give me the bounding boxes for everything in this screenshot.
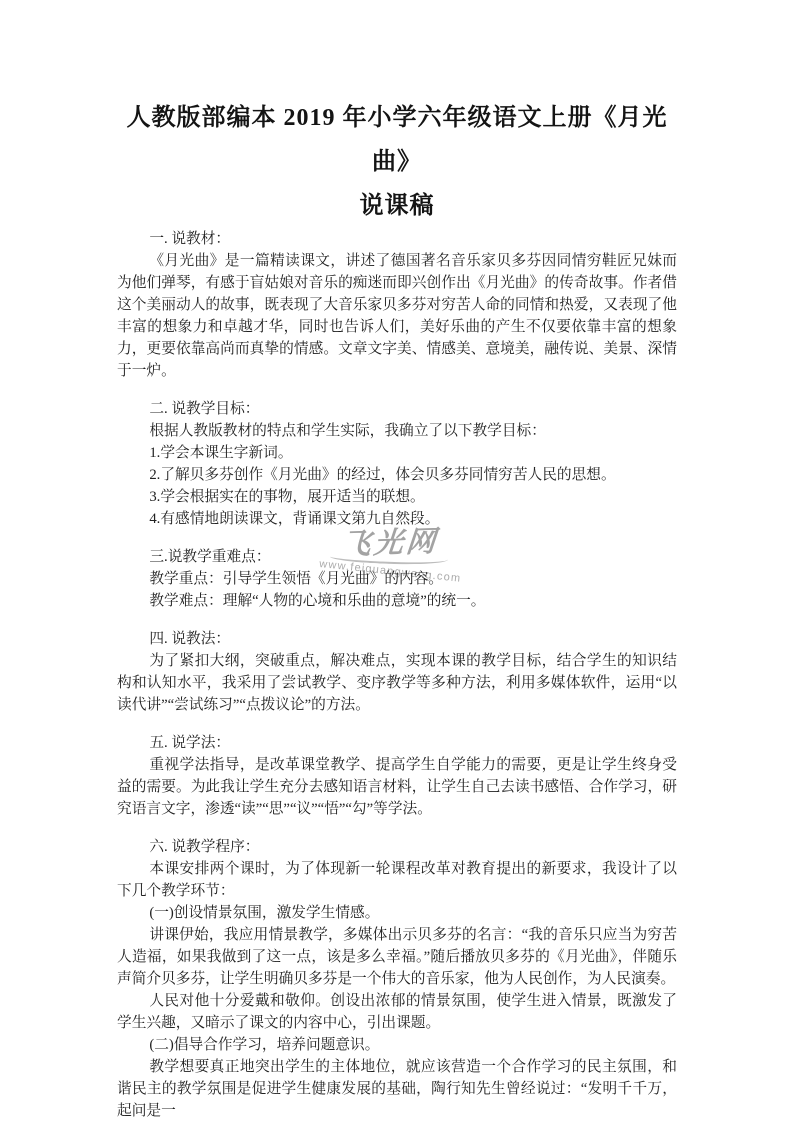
paragraph: 本课安排两个课时，为了体现新一轮课程改革对教育提出的新要求，我设计了以下几个教学… (117, 858, 677, 902)
section-jiaoxue-chengxu: 六. 说教学程序： 本课安排两个课时，为了体现新一轮课程改革对教育提出的新要求，… (117, 836, 677, 1122)
section-jiaoxue-mubiao: 二. 说教学目标： 根据人教版教材的特点和学生实际，我确立了以下教学目标： 1.… (117, 398, 677, 530)
list-item-2: 2.了解贝多芬创作《月光曲》的经过，体会贝多芬同情穷苦人民的思想。 (117, 464, 677, 486)
section-heading: 三.说教学重难点： (117, 546, 677, 568)
paragraph: 教学难点：理解“人物的心境和乐曲的意境”的统一。 (117, 590, 677, 612)
section-shuo-xuefa: 五. 说学法： 重视学法指导，是改革课堂教学、提高学生自学能力的需要，更是让学生… (117, 732, 677, 820)
section-heading: 一. 说教材： (117, 228, 677, 250)
list-item-3: 3.学会根据实在的事物，展开适当的联想。 (117, 486, 677, 508)
paragraph: 人民对他十分爱戴和敬仰。创设出浓郁的情景氛围，使学生进入情景，既激发了学生兴趣，… (117, 990, 677, 1034)
subsection-heading-1: (一)创设情景氛围，激发学生情感。 (117, 902, 677, 924)
section-heading: 四. 说教法： (117, 628, 677, 650)
paragraph: 讲课伊始，我应用情景教学，多媒体出示贝多芬的名言：“我的音乐只应当为穷苦人造福，… (117, 924, 677, 990)
paragraph: 《月光曲》是一篇精读课文，讲述了德国著名音乐家贝多芬因同情穷鞋匠兄妹而为他们弹琴… (117, 250, 677, 382)
document-content: 人教版部编本 2019 年小学六年级语文上册《月光曲》 说课稿 一. 说教材： … (0, 0, 793, 1122)
paragraph: 为了紧扣大纲，突破重点，解决难点，实现本课的教学目标，结合学生的知识结构和认知水… (117, 650, 677, 716)
page-title-line-2: 说课稿 (117, 184, 677, 228)
section-heading: 五. 说学法： (117, 732, 677, 754)
paragraph: 教学重点：引导学生领悟《月光曲》的内容。 (117, 568, 677, 590)
list-item-1: 1.学会本课生字新词。 (117, 442, 677, 464)
paragraph: 根据人教版教材的特点和学生实际，我确立了以下教学目标： (117, 420, 677, 442)
section-shuo-jiaofa: 四. 说教法： 为了紧扣大纲，突破重点，解决难点，实现本课的教学目标，结合学生的… (117, 628, 677, 716)
section-heading: 六. 说教学程序： (117, 836, 677, 858)
section-shuo-jiaocai: 一. 说教材： 《月光曲》是一篇精读课文，讲述了德国著名音乐家贝多芬因同情穷鞋匠… (117, 228, 677, 382)
paragraph: 重视学法指导，是改革课堂教学、提高学生自学能力的需要，更是让学生终身受益的需要。… (117, 754, 677, 820)
document-page: 飞光网 www.feiguangwang.com 人教版部编本 2019 年小学… (0, 0, 793, 1122)
page-title: 人教版部编本 2019 年小学六年级语文上册《月光曲》 说课稿 (117, 96, 677, 228)
section-heading: 二. 说教学目标： (117, 398, 677, 420)
section-zhong-nan-dian: 三.说教学重难点： 教学重点：引导学生领悟《月光曲》的内容。 教学难点：理解“人… (117, 546, 677, 612)
subsection-heading-2: (二)倡导合作学习，培养问题意识。 (117, 1034, 677, 1056)
list-item-4: 4.有感情地朗读课文，背诵课文第九自然段。 (117, 508, 677, 530)
paragraph: 教学想要真正地突出学生的主体地位，就应该营造一个合作学习的民主氛围，和谐民主的教… (117, 1056, 677, 1122)
page-title-line-1: 人教版部编本 2019 年小学六年级语文上册《月光曲》 (117, 96, 677, 184)
